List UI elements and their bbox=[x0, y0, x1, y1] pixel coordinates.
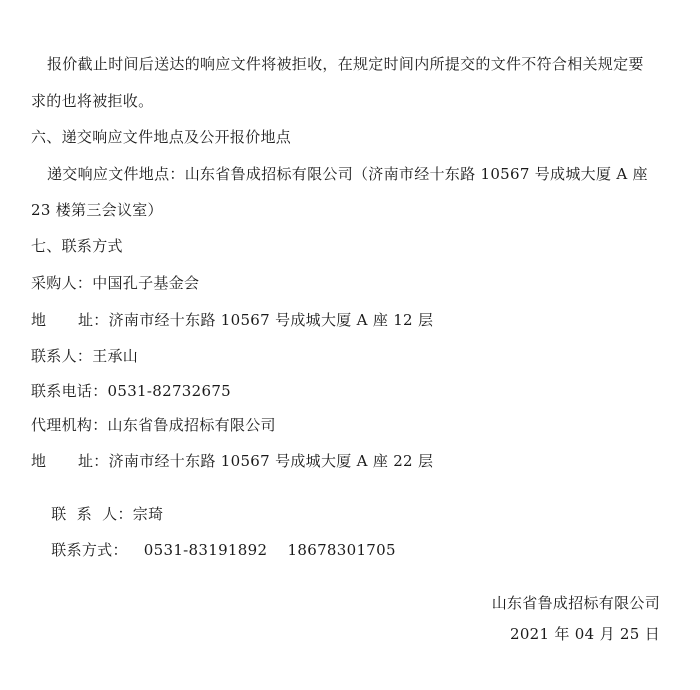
rejection-paragraph-line-1: 报价截止时间后送达的响应文件将被拒收，在规定时间内所提交的文件不符合相关规定要 bbox=[47, 55, 644, 73]
purchaser-value: 中国孔子基金会 bbox=[92, 274, 199, 292]
agency-phone-value: 0531-83191892 18678301705 bbox=[144, 541, 396, 559]
purchaser-phone-value: 0531-82732675 bbox=[108, 382, 232, 400]
agency-address-label-a: 地 bbox=[31, 452, 78, 470]
rejection-paragraph-line-2: 求的也将被拒收。 bbox=[31, 92, 153, 110]
agency-label: 代理机构： bbox=[31, 416, 108, 434]
signature-date: 2021 年 04 月 25 日 bbox=[510, 625, 660, 643]
section-6-heading: 六、递交响应文件地点及公开报价地点 bbox=[31, 128, 291, 146]
purchaser-contact-value: 王承山 bbox=[92, 347, 138, 365]
purchaser-contact-label: 联系人： bbox=[31, 347, 92, 365]
submission-location-line-1: 递交响应文件地点：山东省鲁成招标有限公司（济南市经十东路 10567 号成城大厦… bbox=[47, 165, 648, 183]
purchaser-address-label-b: 址： bbox=[78, 311, 109, 329]
agency-address-value: 济南市经十东路 10567 号成城大厦 A 座 22 层 bbox=[109, 452, 434, 470]
purchaser-address-label-a: 地 bbox=[31, 311, 78, 329]
agency-address-label-b: 址： bbox=[78, 452, 109, 470]
purchaser-row: 采购人：中国孔子基金会 bbox=[31, 274, 199, 292]
agency-phone-row: 联系方式：0531-83191892 18678301705 bbox=[31, 523, 396, 577]
agency-row: 代理机构：山东省鲁成招标有限公司 bbox=[31, 416, 276, 434]
agency-value: 山东省鲁成招标有限公司 bbox=[108, 416, 276, 434]
agency-contact-label: 联 系 人： bbox=[51, 505, 132, 523]
agency-phone-label: 联系方式： bbox=[51, 541, 128, 559]
agency-address-row: 地址：济南市经十东路 10567 号成城大厦 A 座 22 层 bbox=[31, 452, 433, 470]
purchaser-contact-row: 联系人：王承山 bbox=[31, 347, 138, 365]
submission-location-line-2: 23 楼第三会议室） bbox=[31, 201, 163, 219]
section-7-heading: 七、联系方式 bbox=[31, 237, 123, 255]
signature-company: 山东省鲁成招标有限公司 bbox=[492, 594, 660, 612]
agency-contact-value: 宗琦 bbox=[133, 505, 164, 523]
purchaser-phone-label: 联系电话： bbox=[31, 382, 108, 400]
purchaser-label: 采购人： bbox=[31, 274, 92, 292]
purchaser-address-row: 地址：济南市经十东路 10567 号成城大厦 A 座 12 层 bbox=[31, 311, 433, 329]
purchaser-phone-row: 联系电话：0531-82732675 bbox=[31, 382, 231, 400]
purchaser-address-value: 济南市经十东路 10567 号成城大厦 A 座 12 层 bbox=[109, 311, 434, 329]
